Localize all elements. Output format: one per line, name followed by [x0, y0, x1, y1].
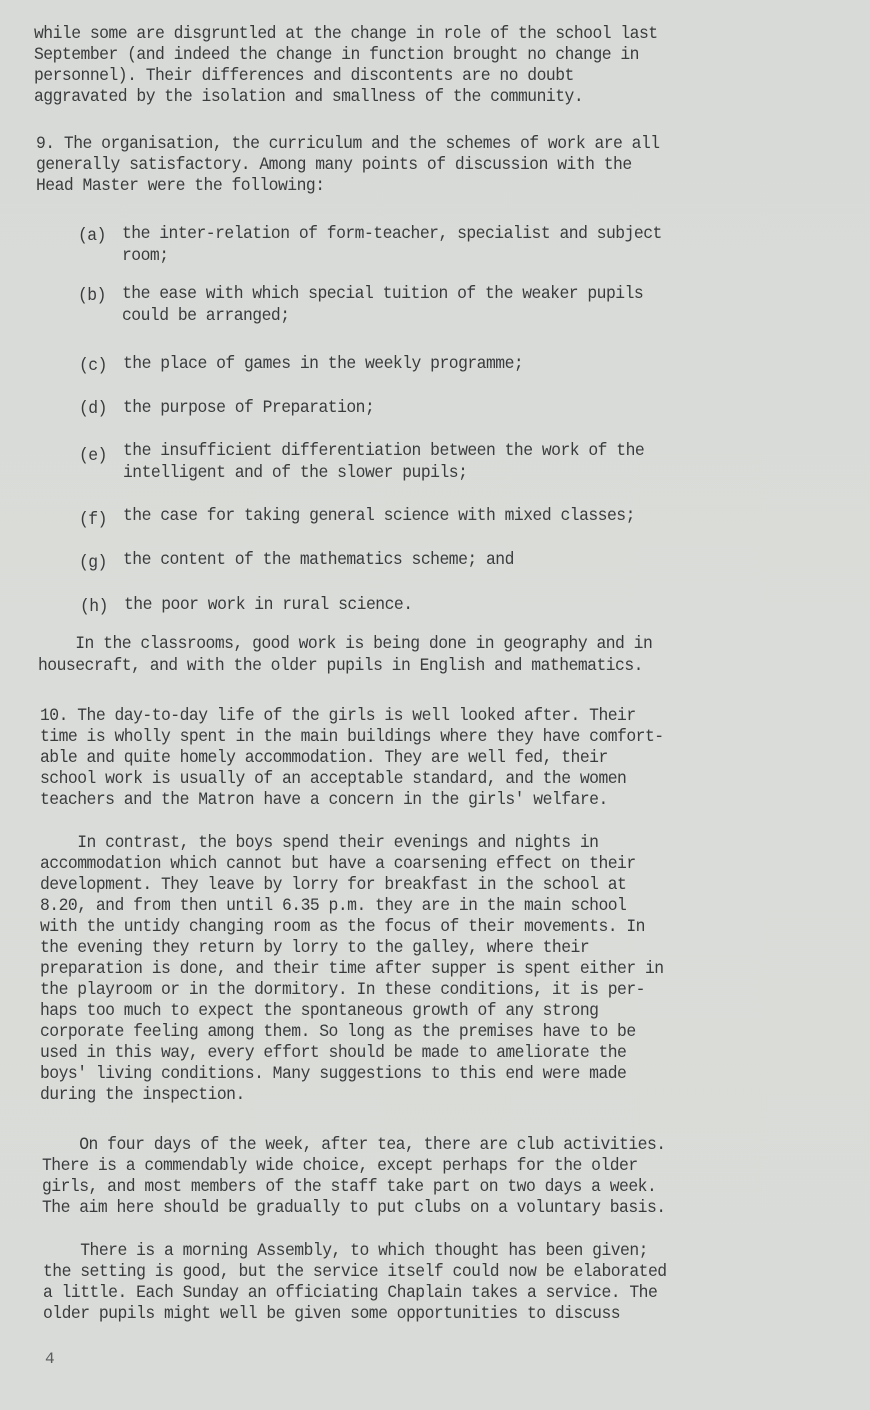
text-line: the content of the mathematics scheme; a… [123, 550, 514, 571]
text-line: able and quite homely accommodation. The… [40, 748, 608, 769]
text-line: accommodation which cannot but have a co… [40, 854, 636, 875]
text-line: There is a morning Assembly, to which th… [43, 1241, 648, 1262]
text-line: preparation is done, and their time afte… [40, 959, 664, 980]
list-item-label: (h) [80, 597, 108, 618]
text-line: a little. Each Sunday an officiating Cha… [43, 1283, 657, 1304]
text-line: housecraft, and with the older pupils in… [38, 656, 643, 677]
list-item-label: (c) [79, 356, 107, 377]
text-line: teachers and the Matron have a concern i… [40, 790, 608, 811]
text-line: girls, and most members of the staff tak… [42, 1177, 656, 1198]
text-line: could be arranged; [122, 306, 290, 327]
list-item-label: (a) [78, 226, 106, 247]
text-line: the inter-relation of form-teacher, spec… [122, 224, 662, 245]
text-line: 10. The day-to-day life of the girls is … [40, 706, 636, 727]
text-line: In contrast, the boys spend their evenin… [40, 833, 598, 854]
document-page: while some are disgruntled at the change… [0, 0, 870, 1410]
text-line: development. They leave by lorry for bre… [40, 875, 626, 896]
page-number: 4 [45, 1350, 55, 1368]
text-line: Head Master were the following: [36, 176, 325, 197]
text-line: the place of games in the weekly program… [123, 354, 523, 375]
text-line: older pupils might well be given some op… [43, 1304, 620, 1325]
text-line: In the classrooms, good work is being do… [38, 634, 652, 655]
text-line: September (and indeed the change in func… [34, 45, 639, 66]
text-line: the ease with which special tuition of t… [122, 284, 643, 305]
text-line: room; [122, 246, 169, 267]
text-line: while some are disgruntled at the change… [34, 24, 658, 45]
text-line: during the inspection. [40, 1085, 245, 1106]
text-line: the playroom or in the dormitory. In the… [40, 980, 645, 1001]
text-line: There is a commendably wide choice, exce… [42, 1156, 638, 1177]
text-line: boys' living conditions. Many suggestion… [40, 1064, 626, 1085]
text-line: On four days of the week, after tea, the… [42, 1135, 666, 1156]
text-line: 9. The organisation, the curriculum and … [36, 134, 660, 155]
text-line: the case for taking general science with… [123, 506, 635, 527]
list-item-label: (e) [79, 446, 107, 467]
list-item-label: (b) [78, 286, 106, 307]
text-line: corporate feeling among them. So long as… [40, 1022, 636, 1043]
list-item-label: (g) [79, 553, 107, 574]
text-line: generally satisfactory. Among many point… [36, 155, 632, 176]
text-line: haps too much to expect the spontaneous … [40, 1001, 598, 1022]
text-line: school work is usually of an acceptable … [40, 769, 626, 790]
list-item-label: (f) [79, 510, 107, 531]
text-line: used in this way, every effort should be… [40, 1043, 626, 1064]
text-line: the insufficient differentiation between… [123, 441, 644, 462]
text-line: the setting is good, but the service its… [43, 1262, 667, 1283]
text-line: intelligent and of the slower pupils; [123, 463, 467, 484]
text-line: the poor work in rural science. [124, 595, 413, 616]
list-item-label: (d) [79, 399, 107, 420]
text-line: personnel). Their differences and discon… [34, 66, 574, 87]
text-line: the evening they return by lorry to the … [40, 938, 589, 959]
text-line: The aim here should be gradually to put … [42, 1198, 666, 1219]
text-line: the purpose of Preparation; [123, 398, 374, 419]
text-line: 8.20, and from then until 6.35 p.m. they… [40, 896, 626, 917]
text-line: time is wholly spent in the main buildin… [40, 727, 664, 748]
text-line: aggravated by the isolation and smallnes… [34, 87, 583, 108]
text-line: with the untidy changing room as the foc… [40, 917, 645, 938]
